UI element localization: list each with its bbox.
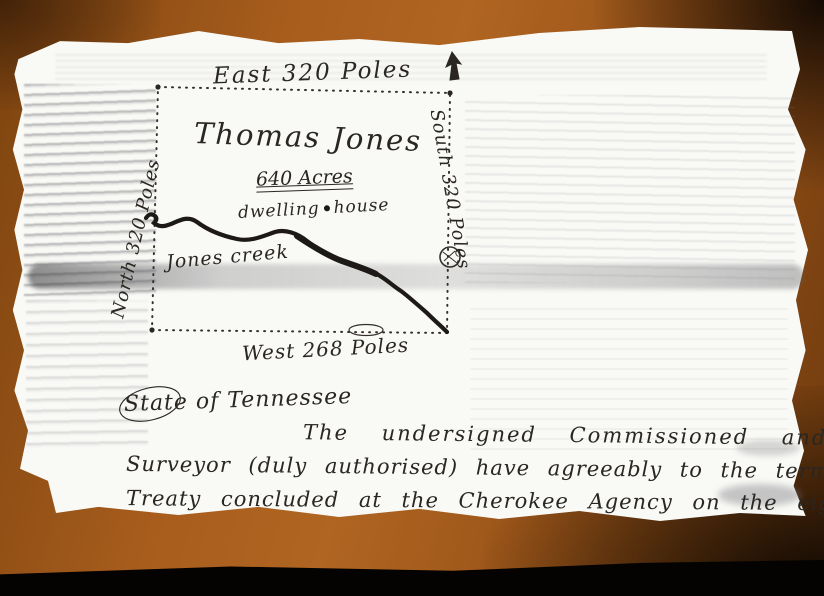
house-marker-dot-icon bbox=[323, 205, 329, 211]
house-word: house bbox=[333, 195, 390, 218]
body-text-line-4: Treaty concluded at the Cherokee Agency … bbox=[126, 486, 824, 516]
scan-edge-black-strip bbox=[0, 560, 824, 596]
plat-acreage-label: 640 Acres bbox=[256, 165, 354, 192]
scanned-document-page: East 320 Poles Thomas Jones 640 Acres dw… bbox=[0, 0, 824, 596]
dwelling-word: dwelling bbox=[238, 199, 321, 223]
